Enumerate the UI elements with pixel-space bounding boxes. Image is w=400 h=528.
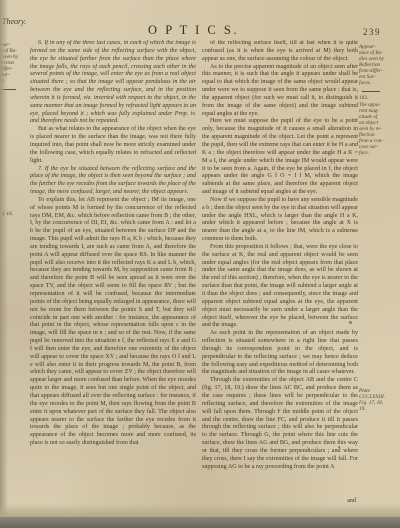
page-bottom-shadow [0, 504, 400, 517]
catchword: and [300, 497, 356, 504]
right-marginal-note: Appear- ance of Bo- dies seen by Reflect… [359, 44, 399, 86]
body-paragraph: Here we must suppose the pupil of the ey… [202, 118, 358, 196]
right-marginal-note: The appa- rent mag- nitude of an object … [359, 102, 399, 156]
body-paragraph: As each point in the representation of a… [202, 330, 358, 377]
book-page: Theory. O P T I C S. 239 Appear- ance of… [0, 0, 400, 528]
body-paragraph: Now if we suppose the pupil to have any … [202, 197, 358, 244]
scan-speck [338, 446, 340, 448]
body-paragraph: 6. If in any of the three last cases, in… [30, 40, 196, 126]
body-paragraph: As to the precise apparent magnitude of … [202, 64, 358, 119]
body-paragraph: 7. If the eye be situated between the re… [30, 166, 196, 197]
page-left-edge [0, 0, 8, 528]
body-paragraph: From this proposition it follows ; that,… [202, 244, 358, 330]
text-column-right: of the reflecting surface itself, till a… [202, 40, 358, 512]
right-margin-divider [362, 91, 380, 92]
scan-speck [349, 321, 352, 324]
page-number: 239 [363, 27, 381, 37]
plate-reference: Plate CCCLXXIII. Fig. 17, 18, 19. [359, 388, 399, 412]
text-column-left: 6. If in any of the three last cases, in… [30, 40, 196, 512]
page-title: O P T I C S. [30, 23, 357, 38]
body-paragraph: To explain this, let AB represent the ob… [30, 197, 196, 448]
body-paragraph: of the reflecting surface itself, till a… [202, 40, 358, 64]
body-paragraph: But as what relates to the appearance of… [30, 126, 196, 165]
body-paragraph: Through the extremities of the object AB… [202, 377, 358, 471]
scan-background-strip [0, 517, 400, 528]
right-marginal-note-number: 183. [359, 95, 399, 101]
